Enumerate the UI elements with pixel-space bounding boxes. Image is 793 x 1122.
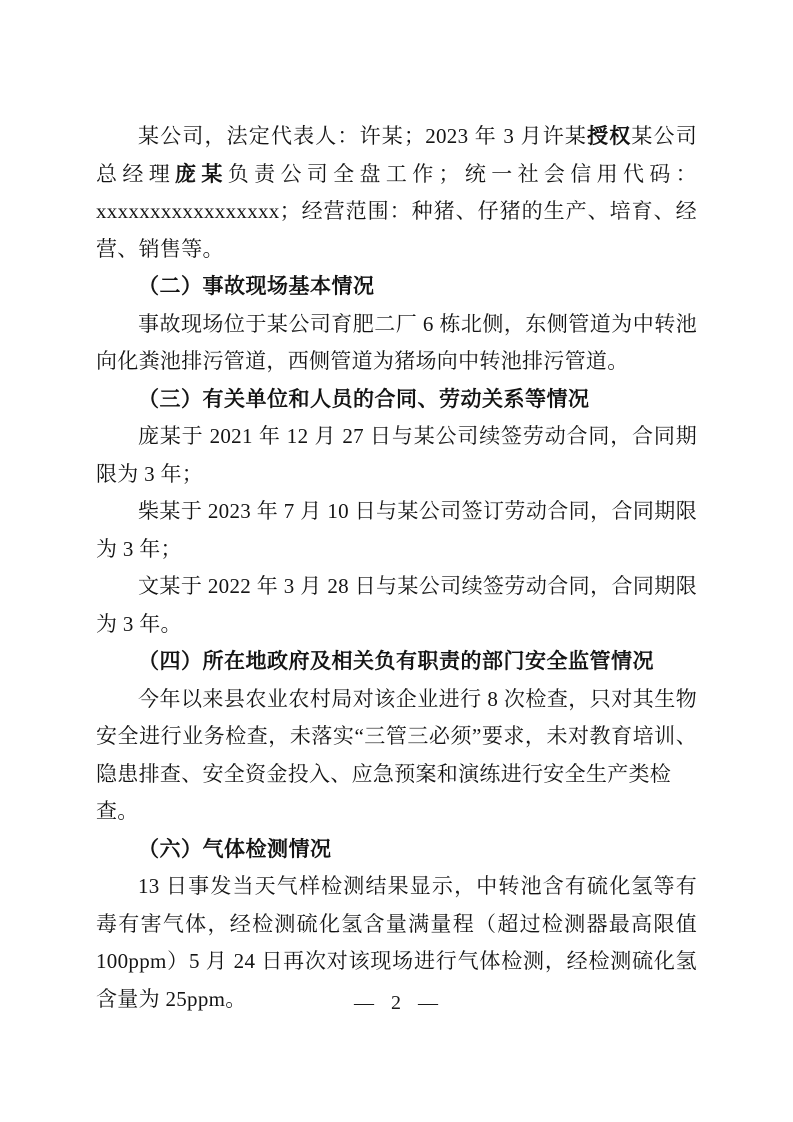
text-run: 负责公司全盘工作；统一社会信用代码：	[228, 162, 697, 186]
section-heading-6: （六）气体检测情况	[96, 831, 697, 869]
text-run: 今年以来县农业农村局对该企业进行 8 次检查，只对其生物	[138, 687, 697, 711]
text-run: 总经理	[96, 162, 175, 186]
text-run: 为 3 年；	[96, 537, 182, 561]
text-run: 13 日事发当天气样检测结果显示，中转池含有硫化氢等有	[138, 874, 697, 898]
accident-site-paragraph: 事故现场位于某公司育肥二厂 6 栋北侧，东侧管道为中转池向化粪池排污管道，西侧管…	[96, 306, 697, 381]
text-line: 13 日事发当天气样检测结果显示，中转池含有硫化氢等有	[96, 868, 697, 906]
text-line: 庞某于 2021 年 12 月 27 日与某公司续签劳动合同，合同期	[96, 418, 697, 456]
text-run: 某公司，法定代表人：许某；2023 年 3 月许某	[138, 124, 587, 148]
company-intro-paragraph: 某公司，法定代表人：许某；2023 年 3 月许某授权某公司总经理庞某负责公司全…	[96, 118, 697, 268]
text-run: 安全进行业务检查，未落实“三管三必须”要求，未对教育培训、	[96, 724, 697, 748]
text-line: 总经理庞某负责公司全盘工作；统一社会信用代码：	[96, 156, 697, 194]
section-heading-3: （三）有关单位和人员的合同、劳动关系等情况	[96, 381, 697, 419]
text-line: 毒有害气体，经检测硫化氢含量满量程（超过检测器最高限值	[96, 906, 697, 944]
text-line: 文某于 2022 年 3 月 28 日与某公司续签劳动合同，合同期限	[96, 568, 697, 606]
text-run: 隐患排查、安全资金投入、应急预案和演练进行安全生产类检查。	[96, 762, 671, 824]
contract-pang-paragraph: 庞某于 2021 年 12 月 27 日与某公司续签劳动合同，合同期限为 3 年…	[96, 418, 697, 493]
page-number: — 2 —	[0, 992, 793, 1015]
text-line: 安全进行业务检查，未落实“三管三必须”要求，未对教育培训、	[96, 718, 697, 756]
contract-wen-paragraph: 文某于 2022 年 3 月 28 日与某公司续签劳动合同，合同期限为 3 年。	[96, 568, 697, 643]
text-line: 今年以来县农业农村局对该企业进行 8 次检查，只对其生物	[96, 681, 697, 719]
section-heading-4: （四）所在地政府及相关负有职责的部门安全监管情况	[96, 643, 697, 681]
text-run: 向化粪池排污管道，西侧管道为猪场向中转池排污管道。	[96, 349, 629, 373]
section-heading-2: （二）事故现场基本情况	[96, 268, 697, 306]
text-line: 向化粪池排污管道，西侧管道为猪场向中转池排污管道。	[96, 343, 697, 381]
text-line: 隐患排查、安全资金投入、应急预案和演练进行安全生产类检查。	[96, 756, 697, 831]
document-page: 某公司，法定代表人：许某；2023 年 3 月许某授权某公司总经理庞某负责公司全…	[0, 0, 793, 1122]
text-run: 100ppm）5 月 24 日再次对该现场进行气体检测，经检测硫化氢	[96, 949, 697, 973]
text-run: 营、销售等。	[96, 237, 224, 261]
text-line: 100ppm）5 月 24 日再次对该现场进行气体检测，经检测硫化氢	[96, 943, 697, 981]
text-line: xxxxxxxxxxxxxxxxx；经营范围：种猪、仔猪的生产、培育、经	[96, 193, 697, 231]
emphasis-run: 授权	[587, 125, 631, 148]
text-run: 毒有害气体，经检测硫化氢含量满量程（超过检测器最高限值	[96, 912, 697, 936]
text-line: 为 3 年；	[96, 531, 697, 569]
text-run: 文某于 2022 年 3 月 28 日与某公司续签劳动合同，合同期限	[138, 574, 697, 598]
text-line: 柴某于 2023 年 7 月 10 日与某公司签订劳动合同，合同期限	[96, 493, 697, 531]
text-run: 为 3 年。	[96, 612, 182, 636]
text-run: 限为 3 年；	[96, 462, 203, 486]
text-run: 某公司	[631, 124, 697, 148]
text-run: xxxxxxxxxxxxxxxxx；经营范围：种猪、仔猪的生产、培育、经	[96, 199, 697, 223]
document-body: 某公司，法定代表人：许某；2023 年 3 月许某授权某公司总经理庞某负责公司全…	[96, 118, 697, 1018]
supervision-paragraph: 今年以来县农业农村局对该企业进行 8 次检查，只对其生物安全进行业务检查，未落实…	[96, 681, 697, 831]
emphasis-run: 庞某	[175, 163, 228, 186]
text-run: 事故现场位于某公司育肥二厂 6 栋北侧，东侧管道为中转池	[138, 312, 697, 336]
contract-chai-paragraph: 柴某于 2023 年 7 月 10 日与某公司签订劳动合同，合同期限为 3 年；	[96, 493, 697, 568]
text-line: 限为 3 年；	[96, 456, 697, 494]
text-line: 某公司，法定代表人：许某；2023 年 3 月许某授权某公司	[96, 118, 697, 156]
text-line: 为 3 年。	[96, 606, 697, 644]
text-run: 庞某于 2021 年 12 月 27 日与某公司续签劳动合同，合同期	[138, 424, 697, 448]
text-run: 柴某于 2023 年 7 月 10 日与某公司签订劳动合同，合同期限	[138, 499, 697, 523]
text-line: 营、销售等。	[96, 231, 697, 269]
text-line: 事故现场位于某公司育肥二厂 6 栋北侧，东侧管道为中转池	[96, 306, 697, 344]
